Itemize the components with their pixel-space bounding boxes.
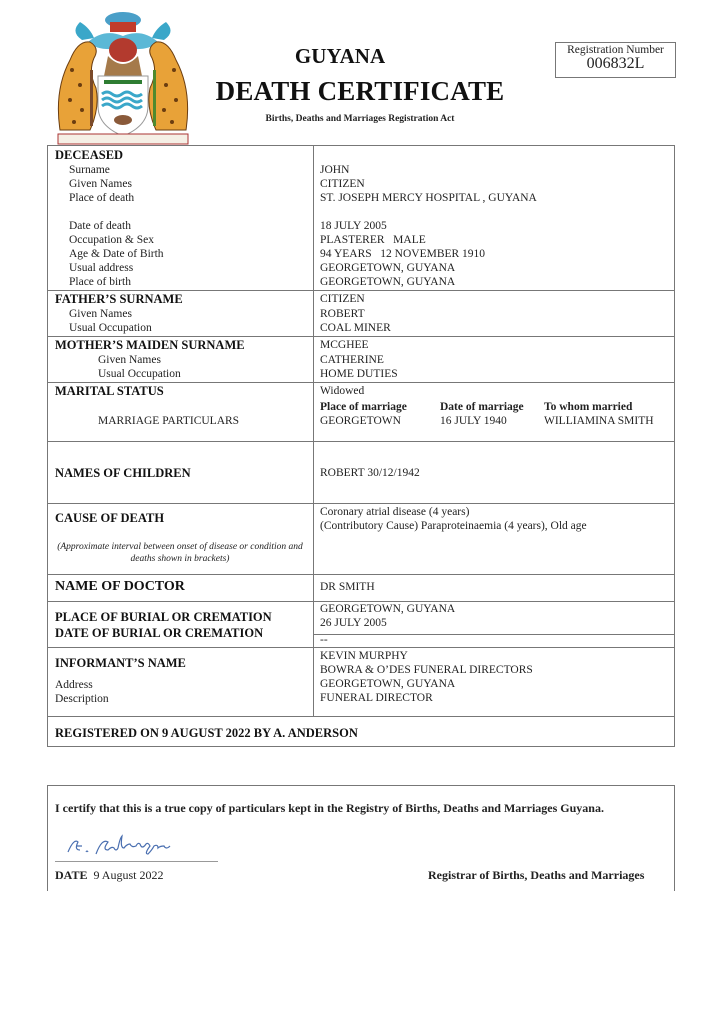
divider: [47, 290, 675, 291]
registered-line: REGISTERED ON 9 AUGUST 2022 BY A. ANDERS…: [55, 726, 358, 740]
marriage-place-value: GEORGETOWN: [320, 414, 401, 428]
deceased-label: Surname: [69, 163, 110, 177]
place-of-death-value: ST. JOSEPH MERCY HOSPITAL , GUYANA: [320, 191, 537, 205]
date-value: 9 August 2022: [93, 868, 163, 882]
father-label: Usual Occupation: [69, 321, 152, 335]
act-subtitle: Births, Deaths and Marriages Registratio…: [200, 114, 520, 124]
informant-description-label: Description: [55, 692, 109, 706]
registrar-title: Registrar of Births, Deaths and Marriage…: [428, 868, 644, 882]
deceased-label: Age & Date of Birth: [69, 247, 164, 261]
marriage-col-header: To whom married: [544, 400, 632, 414]
children-value: ROBERT 30/12/1942: [320, 466, 420, 480]
signature-icon: [64, 832, 214, 860]
informant-org-value: BOWRA & O’DES FUNERAL DIRECTORS: [320, 663, 533, 677]
coat-of-arms-icon: [52, 10, 194, 146]
deceased-heading: DECEASED: [55, 148, 123, 162]
date-label: DATE: [55, 868, 87, 882]
informant-heading: INFORMANT’S NAME: [55, 656, 186, 670]
place-of-birth-value: GEORGETOWN, GUYANA: [320, 275, 455, 289]
cause-of-death-heading: CAUSE OF DEATH: [55, 511, 164, 525]
deceased-label: Date of death: [69, 219, 131, 233]
divider: [47, 574, 675, 575]
marital-status-value: Widowed: [320, 384, 364, 398]
doctor-heading: NAME OF DOCTOR: [55, 580, 185, 594]
father-surname-value: CITIZEN: [320, 292, 365, 306]
column-divider: [313, 145, 314, 716]
registration-number-box: Registration Number 006832L: [555, 42, 676, 78]
certification-statement: I certify that this is a true copy of pa…: [55, 801, 604, 815]
doctor-value: DR SMITH: [320, 580, 375, 594]
marriage-date-value: 16 JULY 1940: [440, 414, 507, 428]
deceased-label: Usual address: [69, 261, 133, 275]
mother-surname-value: MCGHEE: [320, 338, 369, 352]
divider: [47, 716, 675, 717]
marriage-particulars-label: MARRIAGE PARTICULARS: [98, 414, 239, 428]
cause-line: Coronary atrial disease (4 years): [320, 505, 469, 519]
burial-place-heading: PLACE OF BURIAL OR CREMATION: [55, 610, 272, 624]
signature-line: [55, 861, 218, 862]
mother-label: Usual Occupation: [98, 367, 181, 381]
registration-number: 006832L: [556, 56, 675, 72]
divider: [47, 441, 675, 442]
divider: [47, 647, 675, 648]
mother-heading: MOTHER’S MAIDEN SURNAME: [55, 338, 245, 352]
cause-of-death-note: (Approximate interval between onset of d…: [50, 541, 310, 565]
country-title: GUYANA: [240, 44, 440, 69]
deceased-label: Place of death: [69, 191, 134, 205]
divider: [47, 336, 675, 337]
divider: [313, 634, 675, 635]
mother-given-names-value: CATHERINE: [320, 353, 384, 367]
certification-date: DATE 9 August 2022: [55, 868, 163, 882]
deceased-label: Given Names: [69, 177, 132, 191]
cause-line: (Contributory Cause) Paraproteinaemia (4…: [320, 519, 587, 533]
informant-description-value: FUNERAL DIRECTOR: [320, 691, 433, 705]
age-dob-value: 94 YEARS 12 NOVEMBER 1910: [320, 247, 485, 261]
occupation-sex-value: PLASTERER MALE: [320, 233, 426, 247]
burial-place-value: GEORGETOWN, GUYANA: [320, 602, 455, 616]
marriage-col-header: Date of marriage: [440, 400, 524, 414]
father-heading: FATHER’S SURNAME: [55, 292, 183, 306]
burial-date-heading: DATE OF BURIAL OR CREMATION: [55, 626, 263, 640]
document-title: DEATH CERTIFICATE: [200, 76, 520, 107]
marriage-col-header: Place of marriage: [320, 400, 407, 414]
usual-address-value: GEORGETOWN, GUYANA: [320, 261, 455, 275]
father-label: Given Names: [69, 307, 132, 321]
burial-extra-value: --: [320, 634, 328, 646]
marital-status-heading: MARITAL STATUS: [55, 384, 164, 398]
informant-address-label: Address: [55, 678, 93, 692]
deceased-given-names-value: CITIZEN: [320, 177, 365, 191]
deceased-label: Place of birth: [69, 275, 131, 289]
mother-label: Given Names: [98, 353, 161, 367]
mother-occupation-value: HOME DUTIES: [320, 367, 398, 381]
informant-address-value: GEORGETOWN, GUYANA: [320, 677, 455, 691]
date-of-death-value: 18 JULY 2005: [320, 219, 387, 233]
deceased-surname-value: JOHN: [320, 163, 349, 177]
deceased-label: Occupation & Sex: [69, 233, 154, 247]
divider: [47, 382, 675, 383]
spouse-value: WILLIAMINA SMITH: [544, 414, 654, 428]
burial-date-value: 26 JULY 2005: [320, 616, 387, 630]
father-given-names-value: ROBERT: [320, 307, 365, 321]
divider: [47, 503, 675, 504]
informant-name-value: KEVIN MURPHY: [320, 649, 408, 663]
father-occupation-value: COAL MINER: [320, 321, 391, 335]
children-heading: NAMES OF CHILDREN: [55, 466, 191, 480]
